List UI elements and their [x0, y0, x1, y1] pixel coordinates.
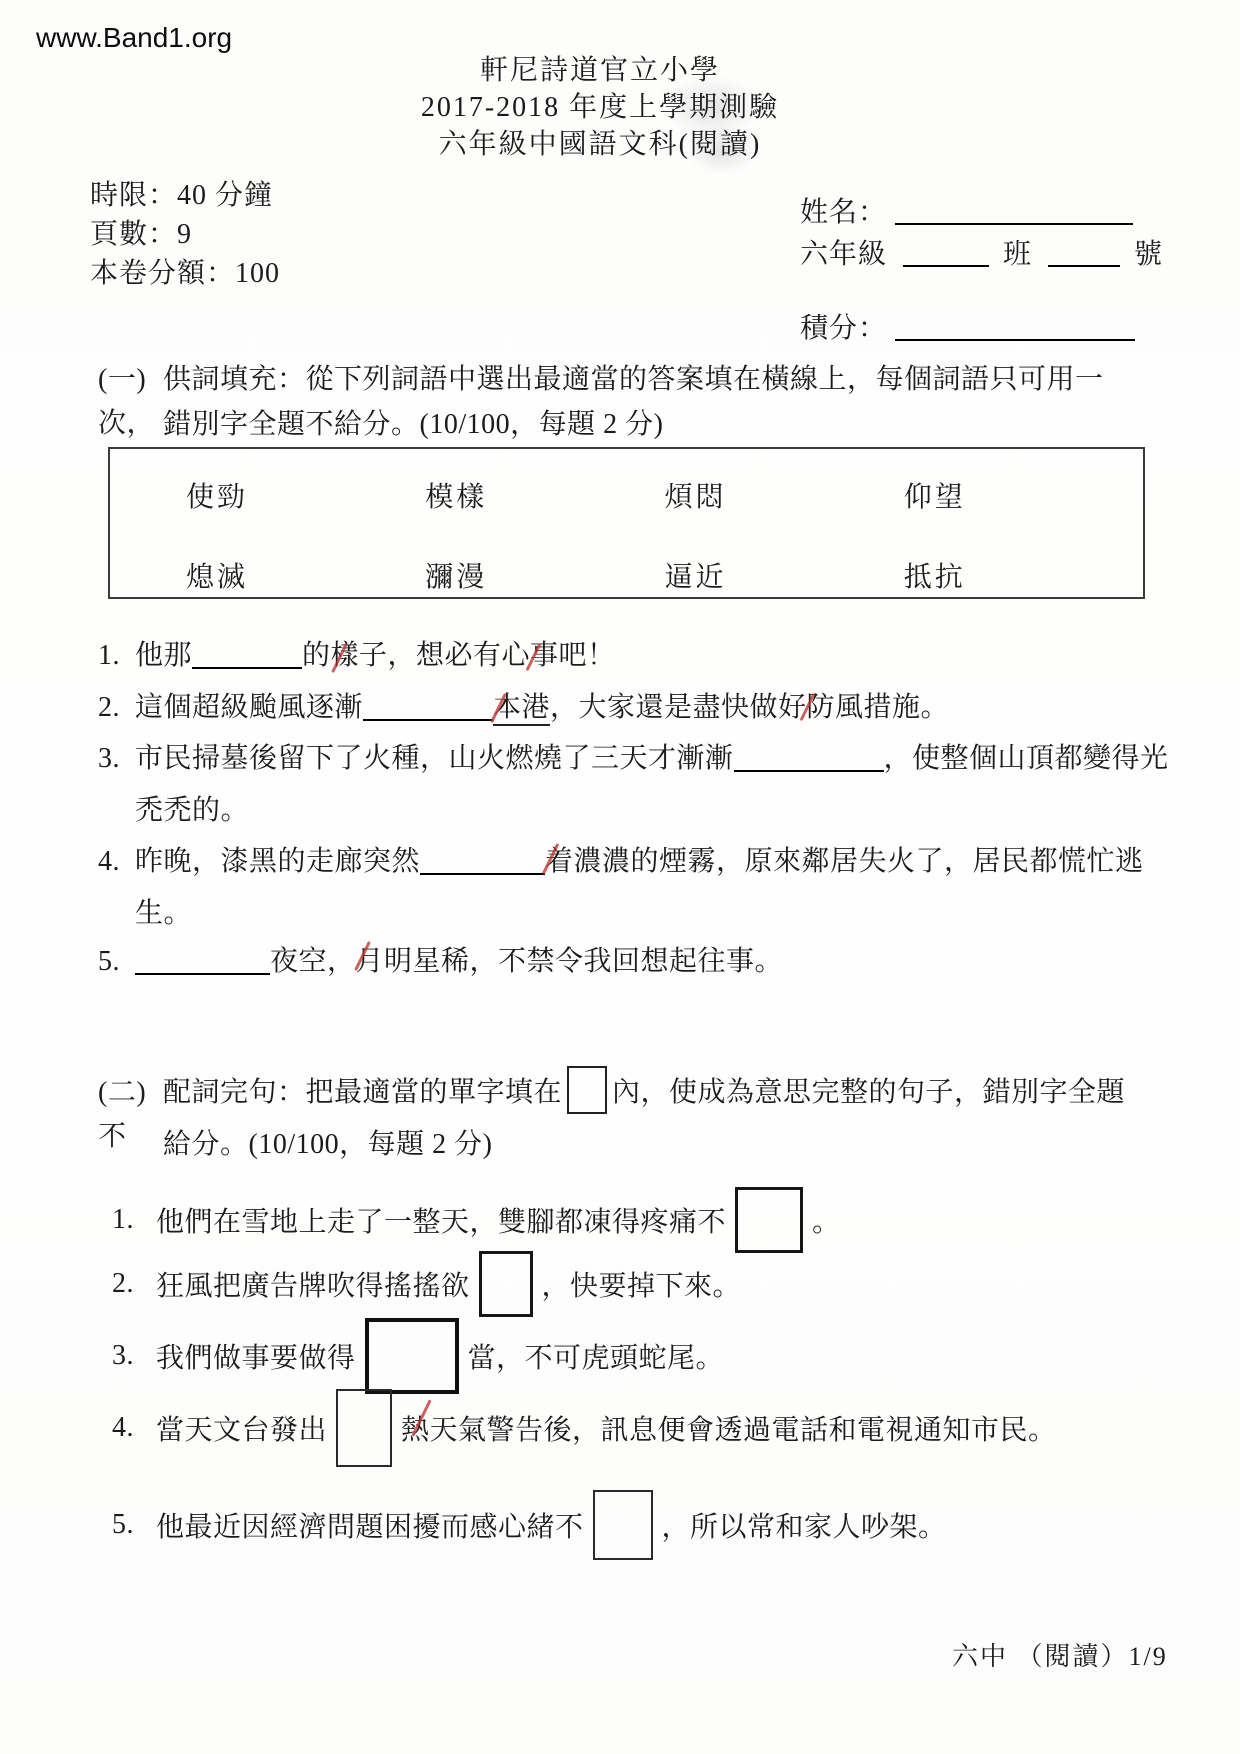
section2-instruction-line2: 給分。(10/100，每題 2 分): [163, 1122, 492, 1162]
name-blank-line: [895, 199, 1133, 225]
class-label: 班: [1003, 239, 1032, 270]
word-bank-box: 使勁 模樣 煩悶 仰望 熄滅 瀰漫 逼近 抵抗: [108, 447, 1145, 599]
exam-term: 2017-2018 年度上學期測驗: [0, 89, 1200, 126]
question-text-post: ，所以常和家人吵架。: [662, 1505, 947, 1545]
question-number: 5.: [112, 1509, 156, 1541]
question-text-post: 熱天氣警告後，訊息便會透過電話和電視通知市民。: [401, 1408, 1057, 1448]
answer-box: [593, 1490, 653, 1560]
question-number: 1.: [98, 630, 135, 682]
question-number: 4.: [112, 1412, 156, 1444]
word-bank-item: 煩悶: [665, 475, 904, 515]
number-label: 號: [1134, 239, 1163, 270]
section2-instruction-pre: 配詞完句：把最適當的單字填在: [163, 1077, 562, 1108]
section1-number: (一): [98, 358, 163, 402]
word-bank-item: 熄滅: [186, 555, 425, 595]
s1-question-4: 4.昨晚，漆黑的走廊突然着濃濃的煙霧，原來鄰居失火了，居民都慌忙逃生。: [98, 836, 1185, 940]
question-number: 3.: [98, 733, 135, 785]
question-text-pre: 狂風把廣告牌吹得搖搖欲: [156, 1264, 470, 1304]
question-text-pre: 我們做事要做得: [156, 1336, 356, 1376]
question-text-pre: 昨晚，漆黑的走廊突然: [135, 846, 420, 877]
answer-box: [479, 1251, 533, 1317]
page-footer: 六中 （閱讀）1/9: [952, 1636, 1168, 1673]
question-number: 1.: [112, 1204, 156, 1236]
section1-instruction-line2: 錯別字全題不給分。(10/100，每題 2 分): [163, 402, 663, 442]
question-text-post: 。: [812, 1200, 841, 1240]
answer-box: [336, 1389, 392, 1467]
page-count: 頁數：9: [90, 215, 280, 254]
class-number-row: 六年級班號: [800, 232, 1163, 272]
word-bank-row: 熄滅 瀰漫 逼近 抵抗: [110, 555, 1143, 595]
name-label: 姓名：: [800, 197, 887, 228]
answer-blank-line: [192, 641, 302, 669]
class-blank-line: [903, 241, 989, 267]
example-answer-box: [567, 1066, 607, 1114]
word-bank-item: 抵抗: [904, 555, 1143, 595]
score-row: 積分：: [800, 306, 1135, 346]
question-text-pre: 這個超級颱風逐漸: [135, 692, 363, 723]
section2-number: (二): [98, 1071, 163, 1115]
s1-question-3: 3.市民掃墓後留下了火種，山火燃燒了三天才漸漸，使整個山頂都變得光禿禿的。: [98, 733, 1185, 837]
question-text-pre: 當天文台發出: [156, 1408, 327, 1448]
s2-question-3: 3.我們做事要做得當，不可虎頭蛇尾。: [112, 1318, 1172, 1394]
question-number: 5.: [98, 936, 135, 988]
exam-info-block: 時限：40 分鐘 頁數：9 本卷分額：100: [90, 176, 280, 293]
question-number: 3.: [112, 1340, 156, 1372]
question-text-post: 的樣子，想必有心事吧！: [302, 640, 616, 671]
number-blank-line: [1048, 241, 1120, 267]
exam-paper-page: www.Band1.org 軒尼詩道官立小學 2017-2018 年度上學期測驗…: [0, 0, 1240, 1754]
question-text-post: ，快要掉下來。: [542, 1264, 742, 1304]
question-text-pre: 他最近因經濟問題困擾而感心緒不: [156, 1505, 584, 1545]
word-bank-item: 模樣: [425, 475, 664, 515]
exam-header: 軒尼詩道官立小學 2017-2018 年度上學期測驗 六年級中國語文科(閱讀): [0, 52, 1200, 163]
score-label: 積分：: [800, 313, 887, 344]
answer-box: [365, 1318, 459, 1394]
question-text-pre: 市民掃墓後留下了火種，山火燃燒了三天才漸漸: [135, 743, 734, 774]
question-number: 4.: [98, 836, 135, 888]
word-bank-item: 瀰漫: [425, 555, 664, 595]
band1-watermark: www.Band1.org: [36, 22, 232, 54]
s1-question-5: 5.夜空，月明星稀，不禁令我回想起往事。: [98, 936, 1185, 988]
question-text-post: 夜空，月明星稀，不禁令我回想起往事。: [270, 946, 783, 977]
s1-question-1: 1.他那的樣子，想必有心事吧！: [98, 630, 1185, 682]
grade-label: 六年級: [800, 239, 887, 270]
s2-question-4: 4.當天文台發出熱天氣警告後，訊息便會透過電話和電視通知市民。: [112, 1388, 1172, 1468]
score-blank-line: [895, 315, 1135, 341]
exam-subject: 六年級中國語文科(閱讀): [0, 126, 1200, 163]
s2-question-1: 1.他們在雪地上走了一整天，雙腳都凍得疼痛不。: [112, 1185, 1172, 1255]
s2-question-2: 2.狂風把廣告牌吹得搖搖欲，快要掉下來。: [112, 1250, 1172, 1318]
total-marks: 本卷分額：100: [90, 254, 280, 293]
answer-blank-line: [363, 693, 493, 721]
answer-blank-line: [135, 947, 270, 975]
question-number: 2.: [112, 1268, 156, 1300]
name-row: 姓名：: [800, 190, 1133, 230]
question-text-post: 當，不可虎頭蛇尾。: [468, 1336, 725, 1376]
answer-blank-line: [734, 744, 884, 772]
question-text-post: ，大家還是盡快做好防風措施。: [550, 692, 949, 723]
word-bank-row: 使勁 模樣 煩悶 仰望: [110, 475, 1143, 515]
word-bank-item: 逼近: [665, 555, 904, 595]
answer-blank-line: [420, 847, 545, 875]
s1-question-2: 2.這個超級颱風逐漸本港，大家還是盡快做好防風措施。: [98, 682, 1185, 734]
s2-question-5: 5.他最近因經濟問題困擾而感心緒不，所以常和家人吵架。: [112, 1488, 1172, 1562]
question-text-pre: 他那: [135, 640, 192, 671]
school-name: 軒尼詩道官立小學: [0, 52, 1200, 89]
question-text-pre: 他們在雪地上走了一整天，雙腳都凍得疼痛不: [156, 1200, 726, 1240]
question-number: 2.: [98, 682, 135, 734]
time-limit: 時限：40 分鐘: [90, 176, 280, 215]
word-bank-item: 仰望: [904, 475, 1143, 515]
word-bank-item: 使勁: [186, 475, 425, 515]
answer-box: [735, 1187, 803, 1253]
